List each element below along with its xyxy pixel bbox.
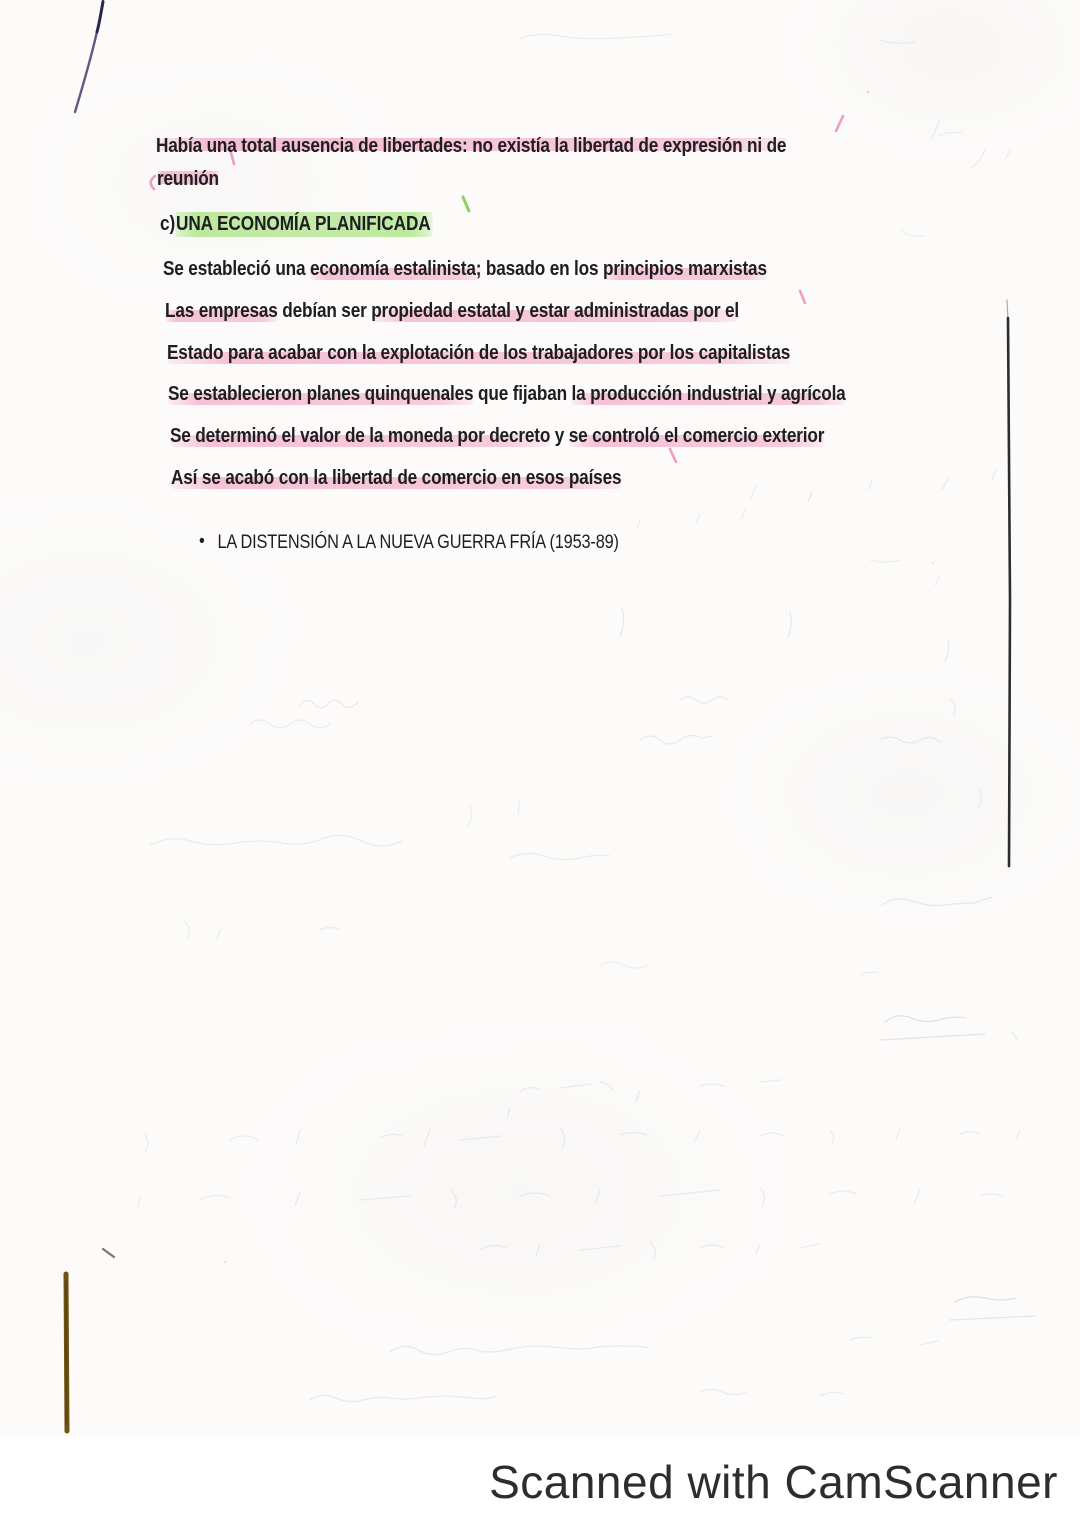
intro-line-1: Había una total ausencia de libertades: …: [156, 134, 786, 158]
ruled-line-right: [1007, 300, 1010, 866]
camscanner-footer-bar: Scanned with CamScanner: [0, 1437, 1080, 1528]
bullet-marker-icon: •: [199, 530, 205, 554]
highlighted-text: Así se acabó con la libertad de comercio…: [171, 467, 621, 489]
highlighted-text: economía estalinista;: [310, 258, 481, 280]
plain-text: debían ser: [278, 300, 372, 322]
highlighted-text: Se establecieron planes quinquenales: [168, 383, 473, 405]
body-line: Estado para acabar con la explotación de…: [167, 341, 790, 365]
pen-stroke-top-left: [75, 0, 103, 112]
heading-highlighted-text: UNA ECONOMÍA PLANIFICADA: [175, 212, 432, 237]
plain-text: Se estableció una: [163, 258, 310, 280]
section-heading: c)UNA ECONOMÍA PLANIFICADA: [160, 212, 432, 236]
body-line: Se determinó el valor de la moneda por d…: [170, 424, 824, 448]
highlighted-text: Había una total ausencia de libertades: …: [156, 135, 786, 157]
heading-prefix: c): [160, 213, 175, 235]
bullet-item-text: LA DISTENSIÓN A LA NUEVA GUERRA FRÍA (19…: [217, 532, 618, 553]
intro-line-2: reunión: [157, 167, 219, 191]
plain-text: basado en los: [481, 258, 603, 280]
highlighted-text: se controló el comercio exterior: [569, 425, 824, 447]
plain-text: y: [550, 425, 569, 447]
highlighted-text: Estado para acabar con la explotación de…: [167, 342, 790, 364]
body-line: Así se acabó con la libertad de comercio…: [171, 466, 621, 490]
highlighted-text: reunión: [157, 168, 219, 190]
scanned-document-page: Había una total ausencia de libertades: …: [0, 0, 1080, 1528]
body-line: Se estableció una economía estalinista; …: [163, 257, 767, 281]
highlighted-text: propiedad estatal y estar administradas …: [371, 300, 739, 322]
plain-text: que fijaban: [473, 383, 571, 405]
pink-tick-marks: [151, 116, 843, 462]
highlighted-text: Se determinó el valor de la moneda por d…: [170, 425, 550, 447]
highlighted-text: Las empresas: [165, 300, 278, 322]
body-line: Las empresas debían ser propiedad estata…: [165, 299, 739, 323]
margin-line-bottom-left: [66, 1249, 114, 1431]
camscanner-credit: Scanned with CamScanner: [489, 1457, 1058, 1507]
body-line: Se establecieron planes quinquenales que…: [168, 382, 846, 406]
ghost-handwriting: [138, 34, 1035, 1402]
highlighted-text: principios marxistas: [603, 258, 767, 280]
bullet-item: •LA DISTENSIÓN A LA NUEVA GUERRA FRÍA (1…: [199, 531, 619, 555]
highlighted-text: la producción industrial y agrícola: [572, 383, 846, 405]
green-tick-mark: [463, 197, 469, 211]
